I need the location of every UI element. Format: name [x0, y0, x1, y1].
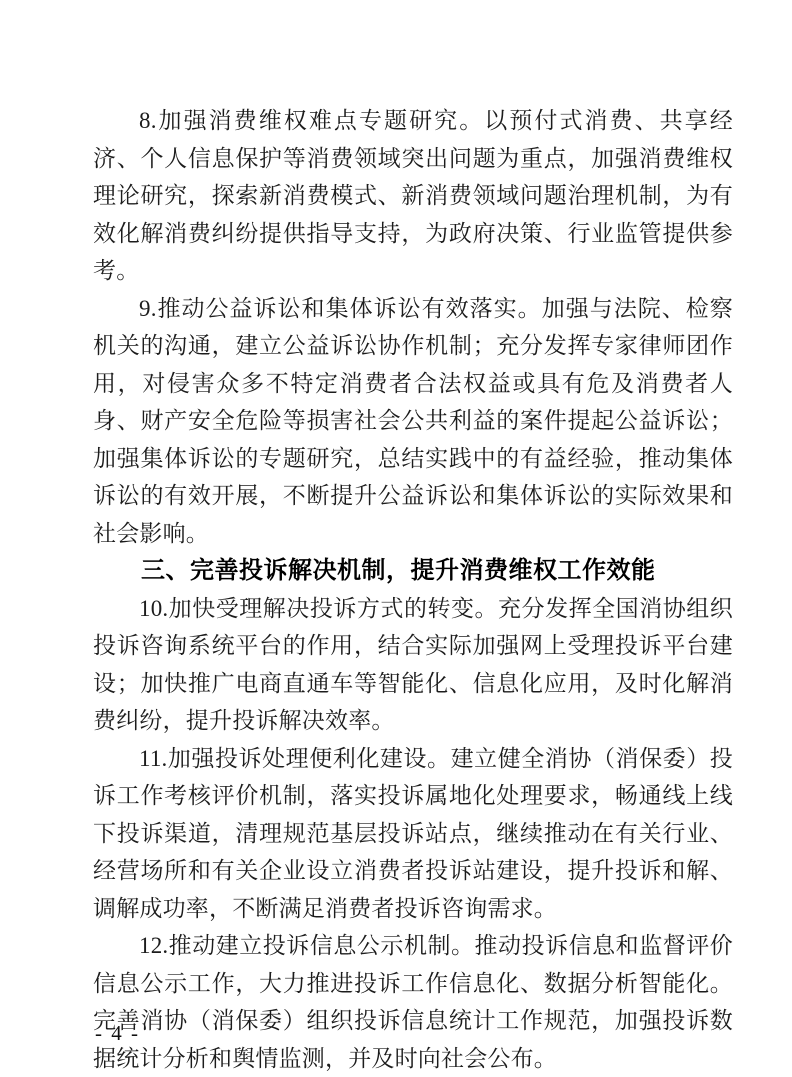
paragraph-12: 12.推动建立投诉信息公示机制。推动投诉信息和监督评价信息公示工作，大力推进投诉…	[93, 927, 733, 1077]
paragraph-8: 8.加强消费维权难点专题研究。以预付式消费、共享经济、个人信息保护等消费领域突出…	[93, 102, 733, 290]
paragraph-10: 10.加快受理解决投诉方式的转变。充分发挥全国消协组织投诉咨询系统平台的作用，结…	[93, 590, 733, 740]
document-body: 8.加强消费维权难点专题研究。以预付式消费、共享经济、个人信息保护等消费领域突出…	[93, 102, 733, 1077]
paragraph-11: 11.加强投诉处理便利化建设。建立健全消协（消保委）投诉工作考核评价机制，落实投…	[93, 740, 733, 928]
page-number: - 4 -	[95, 1020, 140, 1046]
section-heading-three: 三、完善投诉解决机制，提升消费维权工作效能	[93, 552, 733, 590]
document-page: 8.加强消费维权难点专题研究。以预付式消费、共享经济、个人信息保护等消费领域突出…	[0, 0, 792, 1077]
paragraph-9: 9.推动公益诉讼和集体诉讼有效落实。加强与法院、检察机关的沟通，建立公益诉讼协作…	[93, 290, 733, 553]
